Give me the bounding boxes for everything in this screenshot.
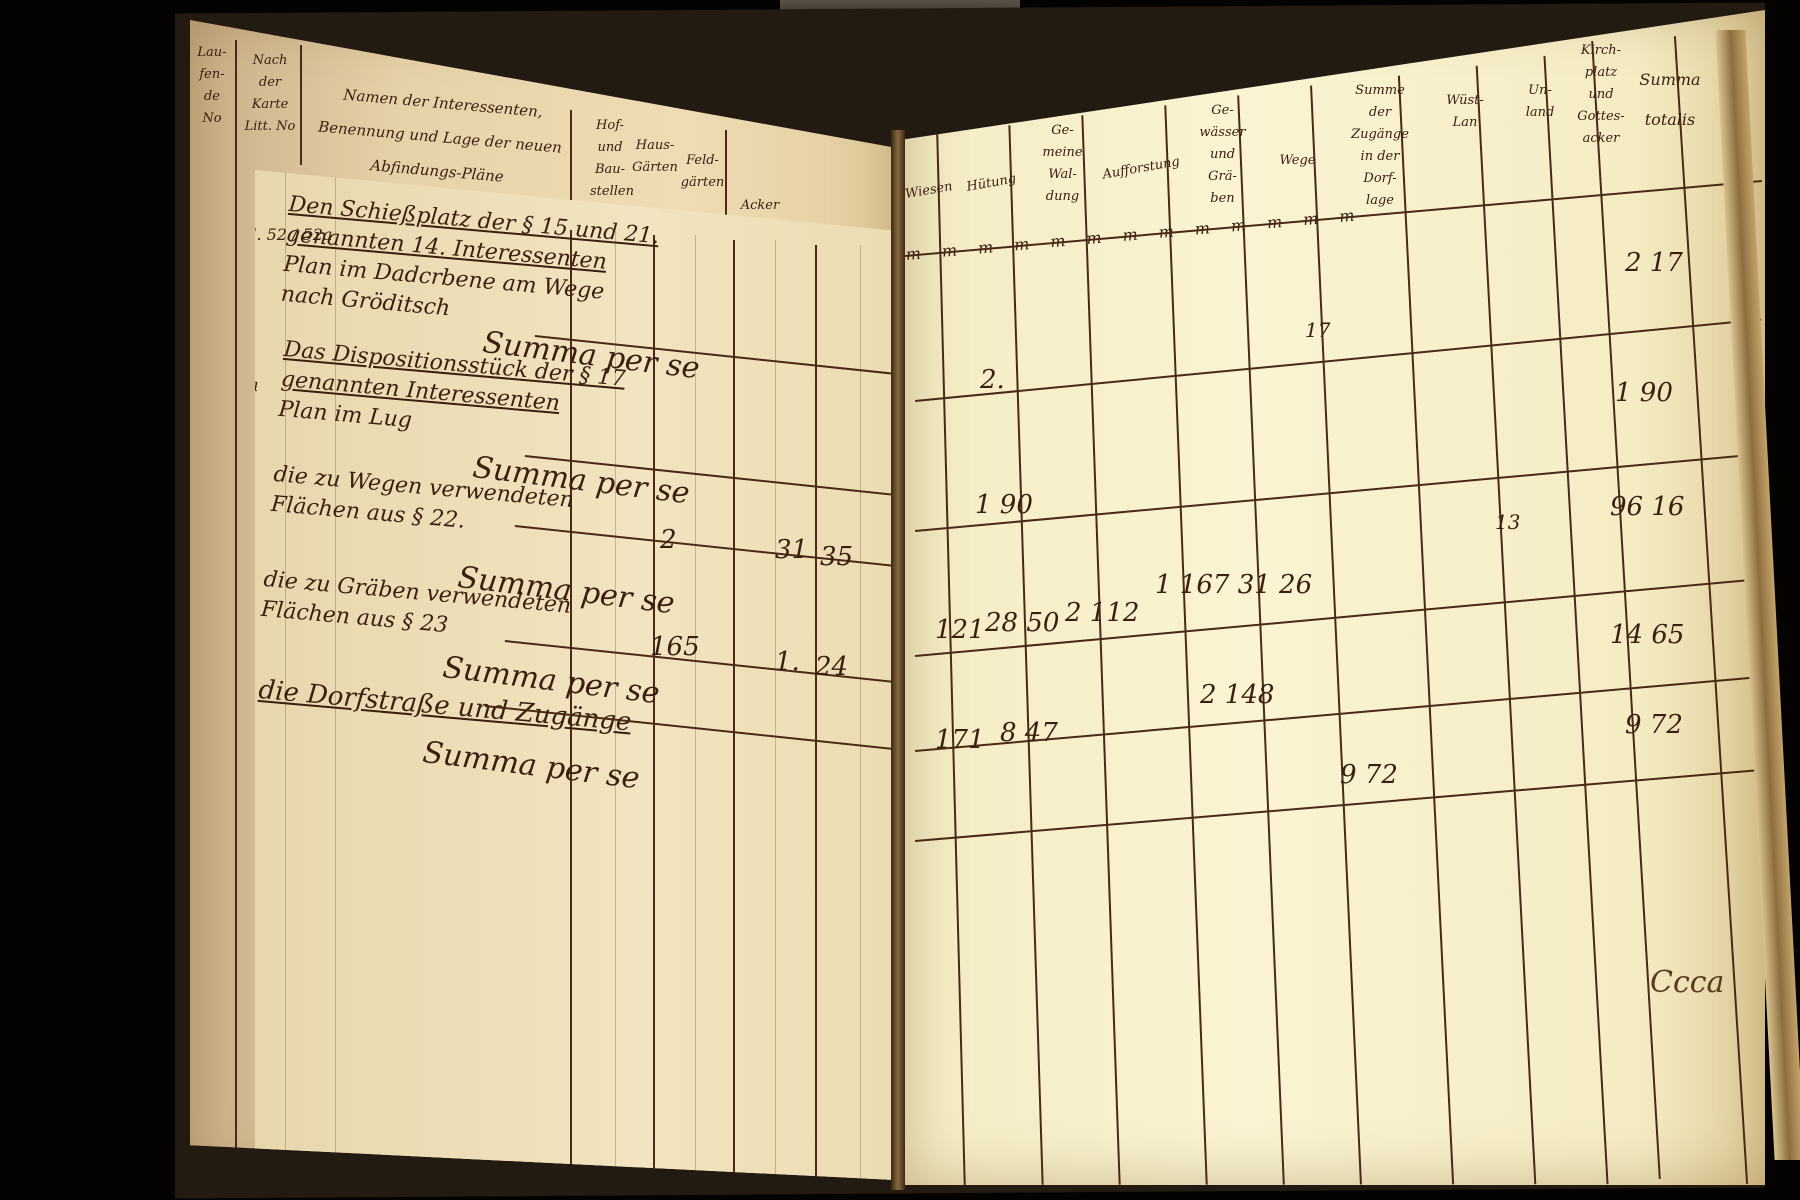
header-hausgaerten: Haus- Gärten — [630, 135, 680, 179]
value-acker: 31 — [775, 535, 808, 565]
header-kirchplatz: Kirch- platz und Gottes- acker — [1577, 40, 1625, 150]
summa-label: Summa per se — [421, 735, 642, 796]
row-number: 60 — [200, 185, 225, 209]
header-summe-zugaenge: Summe der Zugänge in der Dorf- lage — [1340, 80, 1420, 212]
book-spine — [891, 130, 905, 1190]
value-gemeine-waldung: 2 112 — [1065, 598, 1139, 628]
value-huetung: 8 47 — [1000, 718, 1058, 748]
value-wiesen: 121 — [935, 615, 985, 645]
value-summe-zugaenge: 9 72 — [1340, 760, 1398, 790]
header-lfd-no: Lau- fen- de No — [192, 42, 232, 130]
value-summa-totalis: 2 17 — [1625, 248, 1683, 278]
value-feldgaerten: 2 — [660, 525, 677, 555]
signature: Ccca — [1650, 965, 1724, 1000]
value-wege: 17 — [1305, 318, 1330, 342]
value-wege: 1 167 31 26 — [1155, 570, 1312, 600]
entry-text: Den Schießplatz der § 15 und 21. genannt… — [280, 190, 661, 342]
map-reference: vorl. 52 / 52a — [225, 225, 332, 244]
row-number: 63 — [190, 540, 205, 564]
column-rule — [235, 40, 237, 1170]
header-wiesen: Wiesen — [905, 175, 958, 206]
header-hofstellen: Hof- und Bau- stellen — [590, 115, 630, 203]
value-summa-totalis: 14 65 — [1610, 620, 1684, 650]
value-summa-totalis: 96 16 — [1610, 492, 1684, 522]
value-wege: 2 148 — [1200, 680, 1274, 710]
header-aufforstung: Aufforstung — [1100, 151, 1183, 187]
header-unland: Un- land — [1510, 80, 1570, 124]
row-number: 64 — [190, 660, 200, 684]
header-feldgaerten: Feld- gärten — [680, 150, 725, 194]
value-kirchplatz: 13 — [1495, 510, 1520, 534]
header-summa-totalis: Summa totalis — [1630, 60, 1710, 140]
value-summa-totalis: 1 90 — [1615, 378, 1673, 408]
column-rule — [300, 45, 302, 165]
header-wege: Wege — [1265, 150, 1330, 172]
value-acker: 1. — [775, 647, 800, 677]
value-wiesen: 171 — [935, 725, 985, 755]
header-huetung: Hütung — [960, 168, 1023, 200]
header-gewaesser: Ge- wässer und Grä- ben — [1190, 100, 1255, 210]
left-page-insert-sheet: 60 Den Schießplatz der § 15 und 21. gena… — [255, 170, 895, 1180]
value-acker-frac: 35 — [820, 542, 853, 572]
value-feldgaerten: 165 — [650, 632, 700, 662]
left-page: Lau- fen- de No Nach der Karte Litt. No … — [190, 20, 895, 1180]
value-huetung: 28 50 — [985, 608, 1059, 638]
header-wuestland: Wüst- Lan — [1430, 90, 1500, 134]
value-summa-totalis: 9 72 — [1625, 710, 1683, 740]
right-page: Wiesen Hütung Ge- meine Wal- dung Auffor… — [905, 10, 1765, 1185]
row-number: 62. — [190, 440, 212, 464]
header-gemeine-waldung: Ge- meine Wal- dung — [1030, 120, 1095, 208]
value-acker-frac: 24 — [815, 652, 848, 682]
value-wiesen: 2. — [980, 365, 1005, 395]
header-map-ref: Nach der Karte Litt. No — [242, 50, 298, 138]
header-acker: Acker — [735, 195, 785, 217]
map-reference: 86a — [225, 375, 259, 396]
value-wiesen: 1 90 — [975, 490, 1033, 520]
row-number: 61. — [195, 315, 227, 339]
